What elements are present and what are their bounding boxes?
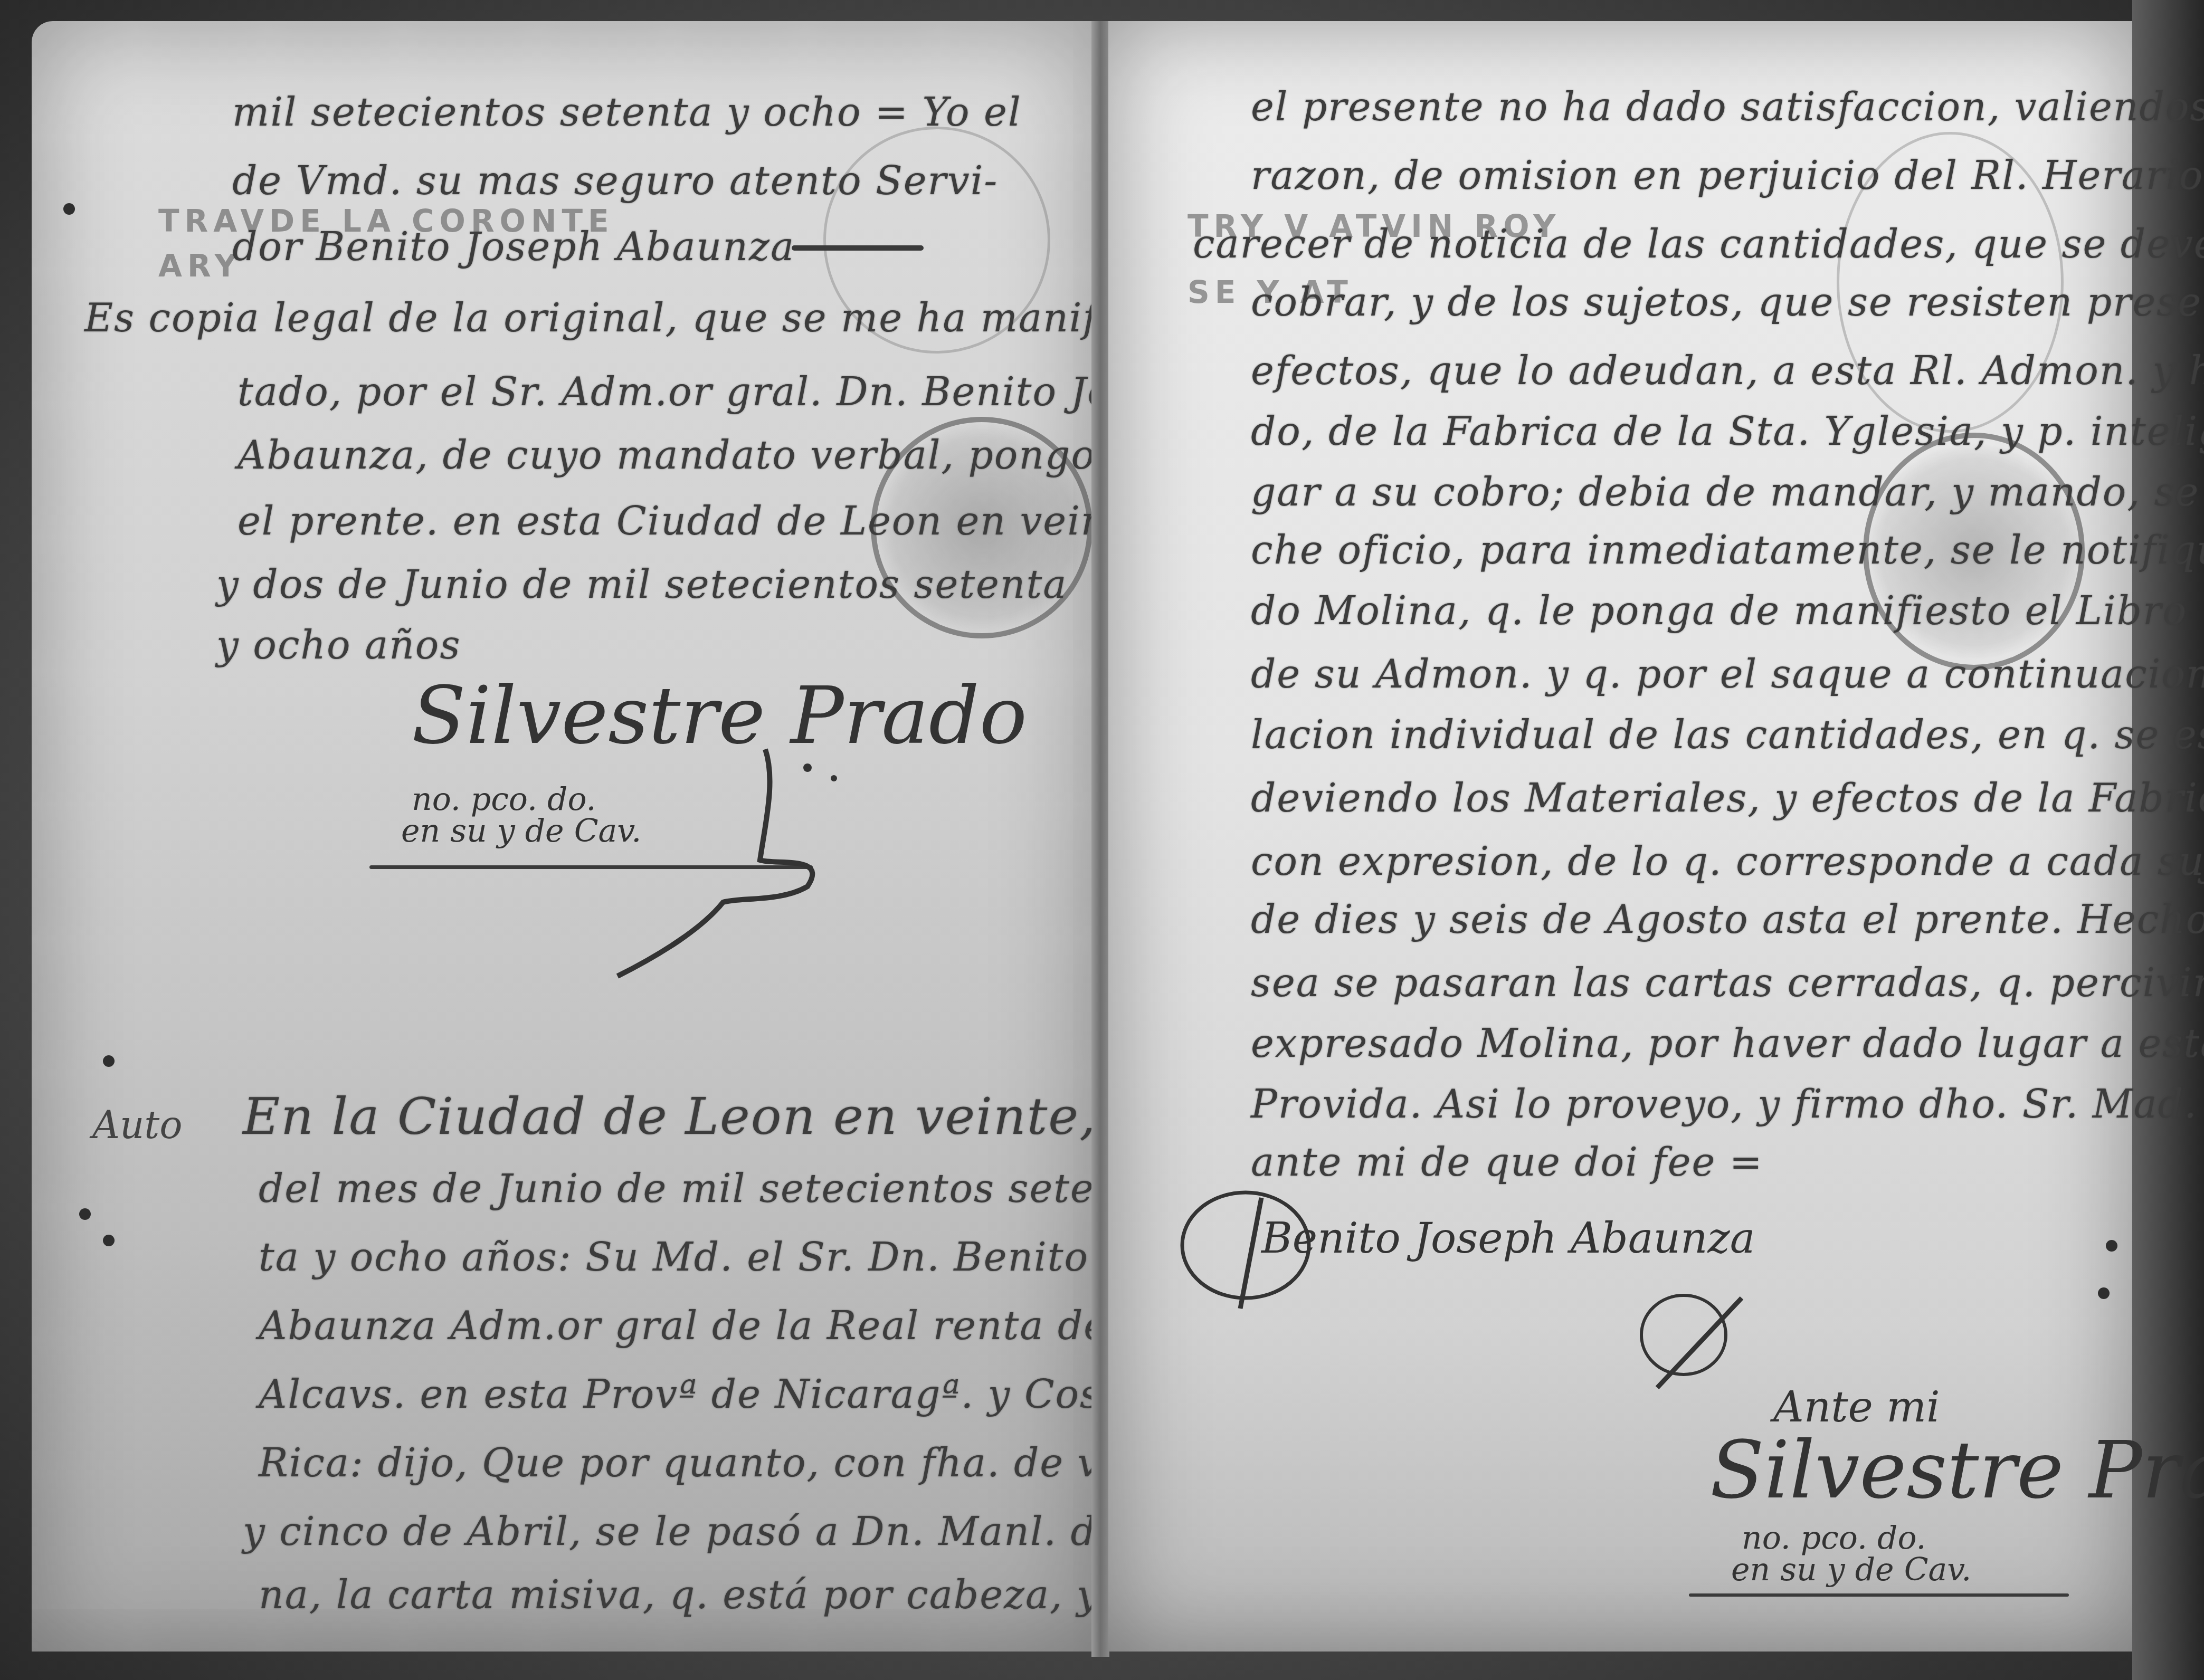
manuscript-line: Es copia legal de la original, que se me… (84, 295, 1158, 341)
manuscript-line: Rica: dijo, Que por quanto, con fha. de … (259, 1440, 1205, 1486)
manuscript-line: expresado Molina, por haver dado lugar a… (1251, 1021, 2204, 1066)
manuscript-line: cobrar, y de los sujetos, que se resiste… (1251, 280, 2204, 325)
margin-label: Auto (92, 1103, 183, 1147)
bleed-through-text: ARY (158, 248, 242, 284)
book-gutter (1091, 21, 1109, 1657)
manuscript-line: dor Benito Joseph Abaunza (232, 224, 795, 270)
manuscript-line: y dos de Junio de mil setecientos setent… (216, 562, 1067, 607)
manuscript-line: na, la carta misiva, q. está por cabeza,… (259, 1572, 1164, 1618)
manuscript-line: con expresion, de lo q. corresponde a ca… (1251, 839, 2204, 884)
manuscript-line: mil setecientos setenta y ocho = Yo el (232, 90, 1022, 135)
manuscript-line: de Vmd. su mas seguro atento Servi- (232, 158, 998, 204)
manuscript-line: y ocho años (216, 623, 461, 668)
manuscript-line: lacion individual de las cantidades, en … (1251, 712, 2204, 758)
binding-hole (2098, 1287, 2110, 1299)
binding-hole (103, 1055, 115, 1067)
signature-title: en su y de Cav. (1731, 1551, 1971, 1588)
manuscript-line: Alcavs. en esta Provª de Nicaragª. y Cos… (259, 1372, 1142, 1417)
binding-hole (63, 203, 75, 215)
manuscript-line: deviendo los Materiales, y efectos de la… (1251, 776, 2204, 821)
manuscript-line: tado, por el Sr. Adm.or gral. Dn. Benito… (237, 369, 1173, 415)
manuscript-line: sea se pasaran las cartas cerradas, q. p… (1251, 960, 2204, 1006)
manuscript-line: gar a su cobro; debia de mandar, y mando… (1251, 470, 2204, 515)
manuscript-line: efectos, que lo adeudan, a esta Rl. Admo… (1251, 348, 2204, 394)
manuscript-line: Abaunza, de cuyo mandato verbal, pongo (237, 433, 1096, 478)
manuscript-line: el presente no ha dado satisfaccion, val… (1251, 84, 2204, 130)
signature-name: Benito Joseph Abaunza (1261, 1214, 1755, 1263)
manuscript-line: do, de la Fabrica de la Sta. Yglesia, y … (1251, 409, 2204, 454)
manuscript-line: de su Admon. y q. por el saque a continu… (1251, 652, 2204, 697)
manuscript-line: razon, de omision en perjuicio del Rl. H… (1251, 153, 2204, 198)
manuscript-line: carecer de noticia de las cantidades, qu… (1193, 222, 2204, 267)
manuscript-line: Abaunza Adm.or gral de la Real renta de (259, 1303, 1108, 1349)
manuscript-line: che oficio, para inmediatamente, se le n… (1251, 528, 2204, 573)
binding-hole (79, 1208, 91, 1220)
signature-name: Silvestre Prado (1710, 1425, 2204, 1516)
manuscript-line: del mes de Junio de mil setecientos sete… (259, 1166, 1135, 1211)
closing-rule (792, 245, 924, 251)
signature-flourish-icon (607, 728, 871, 981)
signature-flourish-icon (1626, 1287, 1763, 1425)
manuscript-line: ta y ocho años: Su Md. el Sr. Dn. Benito… (259, 1235, 1185, 1280)
manuscript-line: do Molina, q. le ponga de manifiesto el … (1251, 588, 2187, 634)
signature-title: en su y de Cav. (401, 813, 641, 849)
manuscript-line: Provida. Asi lo proveyo, y firmo dho. Sr… (1251, 1082, 2204, 1127)
manuscript-line: el prente. en esta Ciudad de Leon en vei… (237, 499, 1148, 544)
binding-hole (103, 1235, 115, 1246)
manuscript-line: de dies y seis de Agosto asta el prente.… (1251, 897, 2204, 942)
manuscript-line: ante mi de que doi fee = (1251, 1140, 1763, 1185)
signature-underline (1689, 1593, 2069, 1597)
binding-hole (2106, 1240, 2117, 1252)
